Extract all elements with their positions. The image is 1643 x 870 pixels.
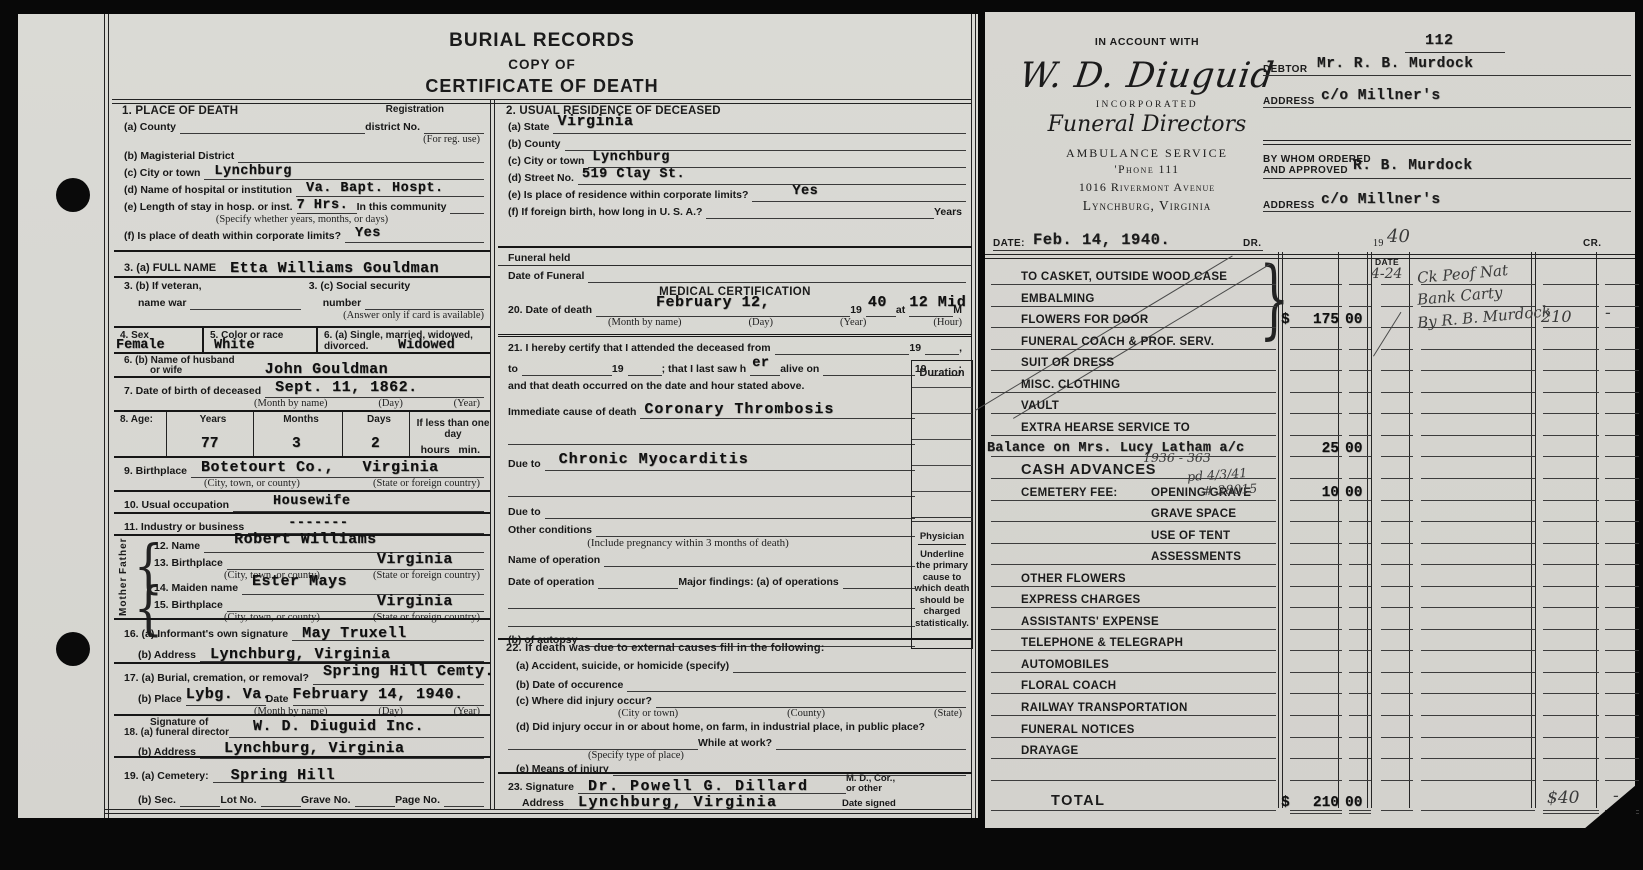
birthplace-label: 9. Birthplace — [124, 465, 191, 478]
dod-month-blank: February 12, — [596, 302, 850, 317]
section-funeral-director: Signature of 18. (a) funeral director W.… — [114, 714, 490, 758]
firm-name: W. D. Diuguid — [994, 56, 1300, 96]
street-no-blank: 519 Clay St. — [578, 170, 966, 185]
cert-line1-label: 21. I hereby certify that I attended the… — [508, 342, 775, 355]
duration-line — [912, 387, 972, 388]
marital-value: Widowed — [398, 338, 455, 353]
signature-label: 23. Signature — [508, 781, 578, 794]
ledger-row: CASH ADVANCES — [991, 458, 1635, 479]
external-causes-header: 22. If death was due to external causes … — [498, 640, 972, 654]
mother-maiden-label: 14. Maiden name — [154, 582, 242, 595]
director-address-value: Lynchburg, Virginia — [224, 740, 405, 757]
pageno-blank — [444, 792, 484, 807]
magisterial-district-label: (b) Magisterial District — [124, 150, 238, 163]
informant-blank: May Truxell — [292, 626, 484, 641]
due1-value: Chronic Myocarditis — [559, 451, 749, 468]
dr-cents: 00 — [1345, 795, 1371, 811]
date-of-funeral-blank — [588, 268, 966, 283]
ledger-item-label: CASH ADVANCES — [1021, 462, 1156, 478]
due1-blank: Chronic Myocarditis — [545, 456, 915, 471]
section-date-of-death: 20. Date of death February 12, 19 40 at … — [498, 298, 972, 337]
cert-line1-19: 19 — [909, 342, 925, 355]
other-conditions-blank — [596, 522, 915, 537]
handwritten-grave-number: # 28015 — [1203, 480, 1258, 498]
debtor-value: Mr. R. B. Murdock — [1317, 56, 1473, 72]
place-type-note: (Specify type of place) — [588, 750, 684, 761]
magisterial-district-blank — [238, 148, 484, 163]
ledger-item-label: VAULT — [1021, 400, 1059, 412]
race-value: White — [214, 338, 255, 353]
res-city-value: Lynchburg — [592, 150, 669, 165]
address1-value: c/o Millner's — [1321, 88, 1441, 104]
sec-blank — [180, 792, 220, 807]
date-signed-label: Date signed — [842, 798, 966, 810]
cert-her-blank: er — [750, 361, 780, 376]
cert-line1-comma: , — [959, 342, 966, 355]
section-cemetery: 19. (a) Cemetery: Spring Hill (b) Sec. L… — [114, 756, 490, 811]
cemetery-value: Spring Hill — [231, 767, 336, 784]
address2-underline — [1263, 211, 1631, 212]
dod-note-month: (Month by name) — [608, 317, 682, 328]
ledger-row: GRAVE SPACE — [991, 501, 1635, 522]
burial-value: Spring Hill Cemty. — [323, 663, 494, 680]
age-months-cell: Months 3 — [253, 412, 342, 458]
pregnancy-note: (Include pregnancy within 3 months of de… — [587, 537, 789, 549]
ledger-row: Balance on Mrs. Lucy Latham a/c25001936 … — [991, 436, 1635, 457]
md-cor-label: M. D., Cor., or other — [846, 774, 966, 794]
ledger-item-label: TELEPHONE & TELEGRAPH — [1021, 637, 1183, 649]
cert-saw-label: ; that I last saw h — [662, 363, 751, 376]
occurrence-date-label: (b) Date of occurence — [508, 679, 627, 692]
ledger-item-label: FUNERAL NOTICES — [1021, 724, 1135, 736]
funeral-held-blank — [574, 251, 966, 265]
firm-ambulance: AMBULANCE SERVICE — [997, 146, 1297, 161]
page-number-underline — [1405, 52, 1505, 53]
length-of-stay-blank: 7 Hrs. — [297, 199, 357, 214]
certificate-col1: 1. PLACE OF DEATH Registration (a) Count… — [114, 102, 490, 809]
age-label: 8. Age: — [114, 412, 166, 425]
ledger-item-label: USE OF TENT — [1151, 530, 1230, 542]
accident-label: (a) Accident, suicide, or homicide (spec… — [508, 660, 733, 673]
cert-to-19: 19 — [612, 363, 628, 376]
while-at-work-label: While at work? — [698, 737, 776, 750]
ledger-row: TO CASKET, OUTSIDE WOOD CASE — [991, 264, 1635, 285]
op-name-label: Name of operation — [508, 554, 604, 567]
section1-header: 1. PLACE OF DEATH — [122, 105, 238, 117]
injury-note-city: (City or town) — [618, 708, 678, 719]
title-line1: BURIAL RECORDS — [112, 30, 972, 52]
ledger-row: MISC. CLOTHING — [991, 372, 1635, 393]
credit-amount: 210 — [1541, 307, 1572, 326]
length-of-stay-value: 7 Hrs. — [297, 198, 349, 213]
debtor-divider — [1263, 140, 1631, 145]
state-value: Virginia — [557, 113, 633, 130]
duration-line — [912, 439, 972, 440]
physician-address-label: Address — [508, 797, 568, 810]
injury-note-county: (County) — [787, 708, 825, 719]
length-of-stay-label: (e) Length of stay in hosp. or inst. — [124, 201, 297, 214]
lot-label: Lot No. — [220, 794, 260, 807]
street-no-label: (d) Street No. — [508, 172, 578, 185]
cert-to-yr-blank — [628, 361, 662, 376]
ledger-row-line — [1543, 780, 1599, 781]
dob-note-month: (Month by name) — [254, 398, 328, 409]
section-residence: 2. USUAL RESIDENCE OF DECEASED (a) State… — [498, 102, 972, 246]
informant-value: May Truxell — [302, 625, 407, 642]
years-suffix: Years — [934, 206, 966, 219]
dr-label: DR. — [1243, 238, 1261, 249]
res-corporate-value: Yes — [792, 184, 818, 199]
duration-physician-sidebar: Duration Physician Underline the primary… — [911, 360, 973, 649]
res-county-label: (b) County — [508, 138, 565, 151]
section-parents: Father { 12. Name Robert Williams 13. Bi… — [114, 534, 490, 620]
dod-year-blank: 40 — [866, 302, 896, 317]
full-name-label: 3. (a) FULL NAME — [124, 262, 220, 275]
ledger-row-line — [1349, 780, 1371, 781]
informant-label: 16. (a) Informant's own signature — [124, 628, 292, 641]
specify-years-note: (Specify whether years, months, or days) — [216, 214, 388, 225]
occupation-label: 10. Usual occupation — [124, 499, 233, 512]
injury-where-label: (c) Where did injury occur? — [508, 695, 656, 708]
age-months-label: Months — [254, 412, 342, 425]
ledger-item-label: GRAVE SPACE — [1151, 508, 1236, 520]
section-external-causes: 22. If death was due to external causes … — [498, 638, 972, 774]
informant-address-value: Lynchburg, Virginia — [210, 646, 391, 663]
cr-label: CR. — [1583, 238, 1601, 249]
race-cell: 5. Color or race White — [202, 328, 316, 354]
ledger-row: VAULT — [991, 393, 1635, 414]
foreign-birth-blank — [706, 204, 934, 219]
cause-blank: Coronary Thrombosis — [640, 404, 915, 419]
year-handwritten: 40 — [1387, 226, 1410, 247]
age-days-value: 2 — [371, 436, 380, 452]
cr-total-handwritten: $40 — [1547, 788, 1579, 808]
injury-note-state: (State) — [934, 708, 962, 719]
father-name-value: Robert Williams — [234, 531, 377, 548]
street-no-value: 519 Clay St. — [582, 167, 685, 182]
section-sex-race-marital: 4. Sex Female 5. Color or race White 6. … — [114, 326, 490, 354]
punch-hole — [56, 632, 90, 666]
res-city-blank: Lynchburg — [588, 153, 966, 168]
res-county-blank — [565, 136, 967, 151]
address1-underline — [1263, 107, 1631, 108]
ledger-item-label: ASSESSMENTS — [1151, 551, 1241, 563]
less-than-day-label: If less than one day — [410, 412, 490, 440]
ledger-item-label: CEMETERY FEE: — [1021, 487, 1118, 499]
industry-value: ------- — [288, 516, 348, 531]
ledger-row: OTHER FLOWERS — [991, 566, 1635, 587]
ordered-label-line2: AND APPROVED — [1263, 165, 1348, 176]
signature-blank: Dr. Powell G. Dillard — [578, 779, 846, 794]
ledger-item-label: FUNERAL COACH & PROF. SERV. — [1021, 336, 1214, 348]
res-corporate-blank: Yes — [752, 187, 966, 202]
burial-date-blank: February 14, 1940. — [293, 691, 484, 706]
city-or-town-value: Lynchburg — [214, 164, 291, 179]
dod-19: 19 — [850, 304, 866, 317]
ledger-item-label: FLORAL COACH — [1021, 680, 1116, 692]
ledger-header-rule — [985, 254, 1635, 259]
dod-hour-value: 12 Mid — [909, 294, 966, 311]
certificate-page: BURIAL RECORDS COPY OF CERTIFICATE OF DE… — [18, 14, 978, 818]
ledger-date-value: Feb. 14, 1940. — [1033, 231, 1170, 249]
section-place-of-death: 1. PLACE OF DEATH Registration (a) Count… — [114, 102, 490, 250]
director-label-line2: 18. (a) funeral director — [124, 727, 229, 738]
age-days-label: Days — [343, 412, 409, 425]
ledger-row: FUNERAL NOTICES — [991, 717, 1635, 738]
in-this-community-blank — [450, 199, 484, 214]
duration-double-line — [912, 517, 972, 522]
dob-label: 7. Date of birth of deceased — [124, 385, 265, 398]
hospital-label: (d) Name of hospital or institution — [124, 184, 296, 197]
city-or-town-blank: Lynchburg — [204, 165, 484, 180]
ledger-row: SUIT OR DRESS — [991, 350, 1635, 371]
grave-label: Grave No. — [301, 794, 355, 807]
mother-birthplace-blank: Virginia — [227, 597, 484, 612]
age-years-cell: Years 77 — [166, 412, 253, 458]
cemetery-blank: Spring Hill — [213, 768, 484, 783]
dr-amount: 25 — [1289, 441, 1339, 457]
while-at-work-blank — [776, 735, 966, 750]
full-name-value: Etta Williams Gouldman — [230, 260, 439, 277]
physician-address-blank: Lynchburg, Virginia — [568, 795, 842, 810]
place-type-blank — [508, 735, 698, 750]
duration-label: Duration — [912, 367, 972, 379]
address2-value: c/o Millner's — [1321, 192, 1441, 208]
lot-blank — [261, 792, 301, 807]
op-name-blank — [604, 552, 915, 567]
cause-blank2 — [508, 430, 915, 445]
dod-at: at — [896, 304, 909, 317]
firm-incorporated: INCORPORATED — [997, 100, 1297, 110]
ledger-item-label: RAILWAY TRANSPORTATION — [1021, 702, 1188, 714]
dr-cents: 00 — [1345, 485, 1371, 501]
due1-label: Due to — [508, 458, 545, 471]
foreign-birth-label: (f) If foreign birth, how long in U. S. … — [508, 206, 706, 219]
ledger-row: USE OF TENT — [991, 523, 1635, 544]
burial-place-blank: Lybg. Va. — [186, 691, 266, 706]
ledger-item-label: ASSISTANTS' EXPENSE — [1021, 616, 1159, 628]
op-findings-blank — [843, 574, 915, 589]
father-name-label: 12. Name — [154, 540, 204, 553]
section-spouse: 6. (b) Name of husband or wife John Goul… — [114, 352, 490, 378]
ledger-item-label: MISC. CLOTHING — [1021, 379, 1120, 391]
corporate-limits-label: (f) Is place of death within corporate l… — [124, 230, 345, 243]
father-birthplace-blank: Virginia — [227, 555, 484, 570]
cert-alive-blank — [823, 361, 914, 376]
ssn-label: 3. (c) Social security — [309, 280, 484, 293]
ledger-item-label: EMBALMING — [1021, 293, 1095, 305]
occupation-blank: Housewife — [233, 497, 484, 512]
ledger-item-label: SUIT OR DRESS — [1021, 357, 1114, 369]
physician-label: Physician — [918, 531, 966, 545]
ledger-page-number: 112 — [1425, 32, 1454, 49]
physician-instruction: Underline the primary cause to which dea… — [913, 549, 971, 630]
section-funeral-held: Funeral held Date of Funeral — [498, 246, 972, 284]
dob-blank: Sept. 11, 1862. — [265, 383, 484, 398]
due2-label: Due to — [508, 506, 545, 519]
firm-street: 1016 Rivermont Avenue — [997, 180, 1297, 195]
address1-label: ADDRESS — [1263, 96, 1315, 107]
cert-line1-blank — [775, 340, 910, 355]
pageno-label: Page No. — [395, 794, 444, 807]
form-left-border — [104, 14, 109, 818]
scanned-burial-record: BURIAL RECORDS COPY OF CERTIFICATE OF DE… — [0, 0, 1643, 870]
ledger-item-label: OTHER FLOWERS — [1021, 573, 1126, 585]
hours-blank — [416, 442, 421, 457]
firm-city: Lynchburg, Virginia — [997, 198, 1297, 214]
corporate-limits-blank: Yes — [345, 228, 484, 243]
spouse-blank: John Gouldman — [235, 362, 484, 376]
ledger-row: ASSISTANTS' EXPENSE — [991, 609, 1635, 630]
duration-line — [912, 491, 972, 492]
veteran-label: 3. (b) If veteran, — [124, 280, 301, 293]
occupation-value: Housewife — [273, 494, 350, 509]
age-days-cell: Days 2 — [342, 412, 409, 458]
cert-to-label: to — [508, 363, 522, 376]
ledger-date-underline — [993, 250, 1263, 251]
cause-value: Coronary Thrombosis — [644, 401, 834, 418]
dod-note-day: (Day) — [749, 317, 774, 328]
birthplace-value: Botetourt Co., Virginia — [201, 459, 439, 476]
ledger-item-label: AUTOMOBILES — [1021, 659, 1109, 671]
name-war-label: name war — [124, 297, 190, 310]
father-birthplace-label: 13. Birthplace — [154, 557, 227, 570]
section-informant: 16. (a) Informant's own signature May Tr… — [114, 618, 490, 664]
dr-amount: 10 — [1289, 485, 1339, 501]
dr-cents: 00 — [1345, 441, 1371, 457]
spouse-label: 6. (b) Name of husband or wife — [124, 355, 235, 376]
ledger-row-line — [991, 780, 1276, 781]
due2-blank — [545, 504, 915, 519]
section-date-of-birth: 7. Date of birth of deceased Sept. 11, 1… — [114, 376, 490, 412]
mother-maiden-value: Ester Mays — [252, 573, 347, 590]
ledger-row-line — [1381, 810, 1413, 811]
section-certification: 21. I hereby certify that I attended the… — [498, 334, 972, 638]
firm-type: Funeral Directors — [997, 112, 1297, 137]
age-months-value: 3 — [292, 436, 301, 452]
in-this-community-label: In this community — [357, 201, 451, 214]
full-name-blank: Etta Williams Gouldman — [220, 261, 484, 275]
ledger-row-line — [1421, 780, 1535, 781]
burial-label: 17. (a) Burial, cremation, or removal? — [124, 672, 313, 685]
physician-note: Physician Underline the primary cause to… — [913, 531, 971, 629]
marital-cell: 6. (a) Single, married, widowed, divorce… — [316, 328, 490, 354]
year-19: 19 — [1373, 238, 1384, 249]
cert-alive-label: alive on — [780, 363, 823, 376]
ledger-row: ASSESSMENTS — [991, 544, 1635, 565]
ledger-item-label: TO CASKET, OUTSIDE WOOD CASE — [1021, 271, 1227, 283]
physician-address-value: Lynchburg, Virginia — [578, 794, 778, 811]
ledger-item-label: EXTRA HEARSE SERVICE TO — [1021, 422, 1190, 434]
dob-note-year: (Year) — [454, 398, 480, 409]
director-value: W. D. Diuguid Inc. — [253, 718, 424, 735]
ledger-row: EXTRA HEARSE SERVICE TO — [991, 415, 1635, 436]
ordered-underline — [1263, 178, 1631, 179]
section-veteran-ssn: 3. (b) If veteran, name war 3. (c) Socia… — [114, 276, 490, 328]
director-label: Signature of 18. (a) funeral director — [124, 717, 229, 738]
ledger-total-row: TOTAL$21000$40- — [991, 790, 1635, 811]
section-burial: 17. (a) Burial, cremation, or removal? S… — [114, 662, 490, 716]
name-war-blank — [190, 295, 300, 310]
dod-month-value: February 12, — [656, 294, 770, 311]
birthplace-note2: (State or foreign country) — [373, 478, 480, 489]
director-blank: W. D. Diuguid Inc. — [229, 723, 484, 738]
city-or-town-label: (c) City or town — [124, 167, 204, 180]
section-age: 8. Age: Years 77 Months 3 Days 2 — [114, 410, 490, 458]
ledger-row-line — [1421, 810, 1535, 811]
hospital-value: Va. Bapt. Hospt. — [306, 181, 444, 196]
dr-amount: 175 — [1289, 312, 1339, 328]
dod-hour-blank: 12 Mid — [909, 302, 953, 317]
sex-value: Female — [116, 338, 165, 353]
injury-home-label: (d) Did injury occur in or about home, o… — [508, 721, 929, 734]
ledger-row-line — [1290, 780, 1342, 781]
birthplace-blank: Botetourt Co., Virginia — [191, 463, 484, 478]
county-label: (a) County — [124, 121, 180, 134]
in-account-with: IN ACCOUNT WITH — [997, 36, 1297, 48]
grave-blank — [355, 792, 395, 807]
cemetery-label: 19. (a) Cemetery: — [124, 770, 213, 783]
father-birthplace-value: Virginia — [377, 551, 453, 568]
sex-cell: 4. Sex Female — [114, 328, 202, 354]
ledger-row: RAILWAY TRANSPORTATION — [991, 695, 1635, 716]
ledger-date-label: DATE: — [993, 238, 1025, 249]
ledger-row: TELEPHONE & TELEGRAPH — [991, 630, 1635, 651]
debtor-underline — [1263, 75, 1631, 76]
cert-her-value: er — [752, 356, 769, 371]
ledger-item-label: EXPRESS CHARGES — [1021, 594, 1141, 606]
age-label-cell: 8. Age: — [114, 412, 166, 458]
duration-line — [912, 465, 972, 466]
res-corporate-label: (e) Is place of residence within corpora… — [508, 189, 752, 202]
dr-amount: 210 — [1289, 795, 1339, 811]
informant-address-blank: Lynchburg, Virginia — [200, 647, 484, 662]
ledger-item-label: DRAYAGE — [1021, 745, 1079, 757]
op-blank1 — [508, 594, 915, 609]
burial-date-value: February 14, 1940. — [293, 686, 464, 703]
state-blank: Virginia — [553, 119, 966, 134]
dod-year-value: 40 — [868, 294, 887, 311]
dod-note-hour: (Hour) — [933, 317, 962, 328]
signature-value: Dr. Powell G. Dillard — [588, 778, 809, 795]
burial-place-value: Lybg. Va. — [186, 686, 272, 703]
document-title: BURIAL RECORDS COPY OF CERTIFICATE OF DE… — [112, 30, 972, 97]
informant-address-label: (b) Address — [124, 649, 200, 662]
district-no-blank — [424, 119, 484, 134]
section-full-name: 3. (a) FULL NAME Etta Williams Gouldman — [114, 250, 490, 278]
other-conditions-label: Other conditions — [508, 524, 596, 537]
ledger-item-label: TOTAL — [1051, 793, 1105, 809]
title-line3: CERTIFICATE OF DEATH — [112, 76, 972, 97]
ledger-row: AUTOMOBILES — [991, 652, 1635, 673]
state-label: (a) State — [508, 121, 553, 134]
sec-label: (b) Sec. — [124, 794, 180, 807]
ssn-number-label: number — [309, 297, 366, 310]
injury-where-blank — [656, 693, 966, 708]
cert-line3: and that death occurred on the date and … — [508, 380, 808, 393]
certificate-col2: 2. USUAL RESIDENCE OF DECEASED (a) State… — [498, 102, 972, 809]
firm-phone: 'Phone 111 — [997, 164, 1297, 176]
ledger-row-line — [1605, 780, 1639, 781]
op-findings-label: Major findings: (a) of operations — [678, 576, 842, 589]
accident-blank — [733, 658, 966, 673]
funeral-held-label: Funeral held — [508, 252, 574, 265]
op-date-blank — [598, 574, 678, 589]
dob-note-day: (Day) — [378, 398, 403, 409]
registration-label: Registration — [386, 105, 444, 117]
ledger-item-label: FLOWERS FOR DOOR — [1021, 314, 1148, 326]
for-reg-use-note: (For reg. use) — [423, 134, 480, 145]
